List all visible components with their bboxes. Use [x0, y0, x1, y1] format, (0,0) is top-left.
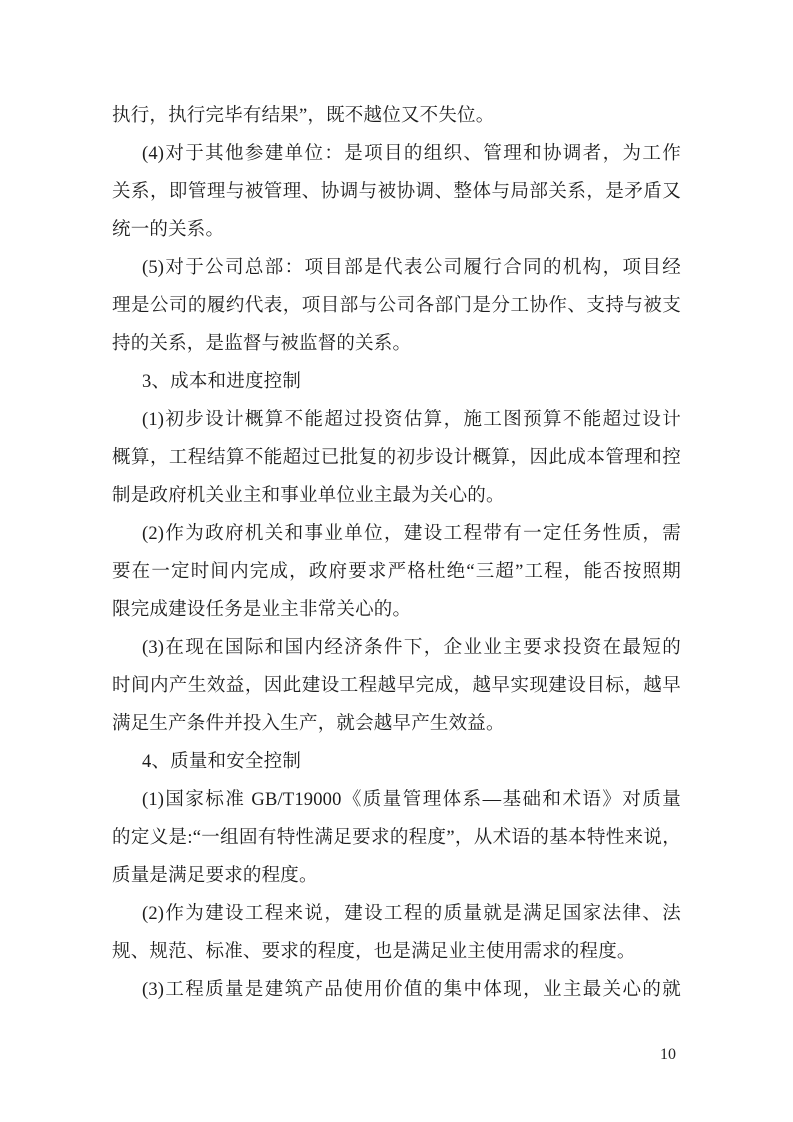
text-line: (1)国家标准 GB/T19000《质量管理体系—基础和术语》对质量	[112, 781, 681, 819]
text-line: 持的关系，是监督与被监督的关系。	[112, 325, 681, 363]
section-heading: 4、质量和安全控制	[112, 743, 681, 781]
text-line: (4)对于其他参建单位：是项目的组织、管理和协调者，为工作	[112, 135, 681, 173]
text-line: (2)作为建设工程来说，建设工程的质量就是满足国家法律、法	[112, 895, 681, 933]
text-line: 的定义是:“一组固有特性满足要求的程度”，从术语的基本特性来说，	[112, 819, 681, 857]
paragraph: (1)国家标准 GB/T19000《质量管理体系—基础和术语》对质量的定义是:“…	[112, 781, 681, 895]
paragraph: (5)对于公司总部：项目部是代表公司履行合同的机构，项目经理是公司的履约代表，项…	[112, 249, 681, 363]
text-line: 质量是满足要求的程度。	[112, 857, 681, 895]
paragraph: (1)初步设计概算不能超过投资估算，施工图预算不能超过设计概算，工程结算不能超过…	[112, 401, 681, 515]
text-line: 规、规范、标准、要求的程度，也是满足业主使用需求的程度。	[112, 933, 681, 971]
paragraph: (3)在现在国际和国内经济条件下，企业业主要求投资在最短的时间内产生效益，因此建…	[112, 629, 681, 743]
paragraph: (2)作为政府机关和事业单位，建设工程带有一定任务性质，需要在一定时间内完成，政…	[112, 515, 681, 629]
section-heading: 3、成本和进度控制	[112, 363, 681, 401]
text-line: 概算，工程结算不能超过已批复的初步设计概算，因此成本管理和控	[112, 439, 681, 477]
document-body: 执行，执行完毕有结果”，既不越位又不失位。(4)对于其他参建单位：是项目的组织、…	[112, 97, 681, 1009]
text-line: 满足生产条件并投入生产，就会越早产生效益。	[112, 705, 681, 743]
text-line: (1)初步设计概算不能超过投资估算，施工图预算不能超过设计	[112, 401, 681, 439]
text-line: (5)对于公司总部：项目部是代表公司履行合同的机构，项目经	[112, 249, 681, 287]
text-line: 3、成本和进度控制	[112, 363, 681, 401]
paragraph: (2)作为建设工程来说，建设工程的质量就是满足国家法律、法规、规范、标准、要求的…	[112, 895, 681, 971]
text-line: 理是公司的履约代表，项目部与公司各部门是分工协作、支持与被支	[112, 287, 681, 325]
text-line: 时间内产生效益，因此建设工程越早完成，越早实现建设目标，越早	[112, 667, 681, 705]
text-line: 要在一定时间内完成，政府要求严格杜绝“三超”工程，能否按照期	[112, 553, 681, 591]
text-line: (2)作为政府机关和事业单位，建设工程带有一定任务性质，需	[112, 515, 681, 553]
paragraph: (4)对于其他参建单位：是项目的组织、管理和协调者，为工作关系，即管理与被管理、…	[112, 135, 681, 249]
text-line: 关系，即管理与被管理、协调与被协调、整体与局部关系，是矛盾又	[112, 173, 681, 211]
paragraph: (3)工程质量是建筑产品使用价值的集中体现，业主最关心的就	[112, 971, 681, 1009]
text-line: (3)工程质量是建筑产品使用价值的集中体现，业主最关心的就	[112, 971, 681, 1009]
paragraph: 执行，执行完毕有结果”，既不越位又不失位。	[112, 97, 681, 135]
document-page: 执行，执行完毕有结果”，既不越位又不失位。(4)对于其他参建单位：是项目的组织、…	[0, 0, 793, 1122]
text-line: (3)在现在国际和国内经济条件下，企业业主要求投资在最短的	[112, 629, 681, 667]
text-line: 统一的关系。	[112, 211, 681, 249]
text-line: 执行，执行完毕有结果”，既不越位又不失位。	[112, 97, 681, 135]
text-line: 4、质量和安全控制	[112, 743, 681, 781]
text-line: 制是政府机关业主和事业单位业主最为关心的。	[112, 477, 681, 515]
page-number: 10	[0, 1046, 676, 1064]
text-line: 限完成建设任务是业主非常关心的。	[112, 591, 681, 629]
